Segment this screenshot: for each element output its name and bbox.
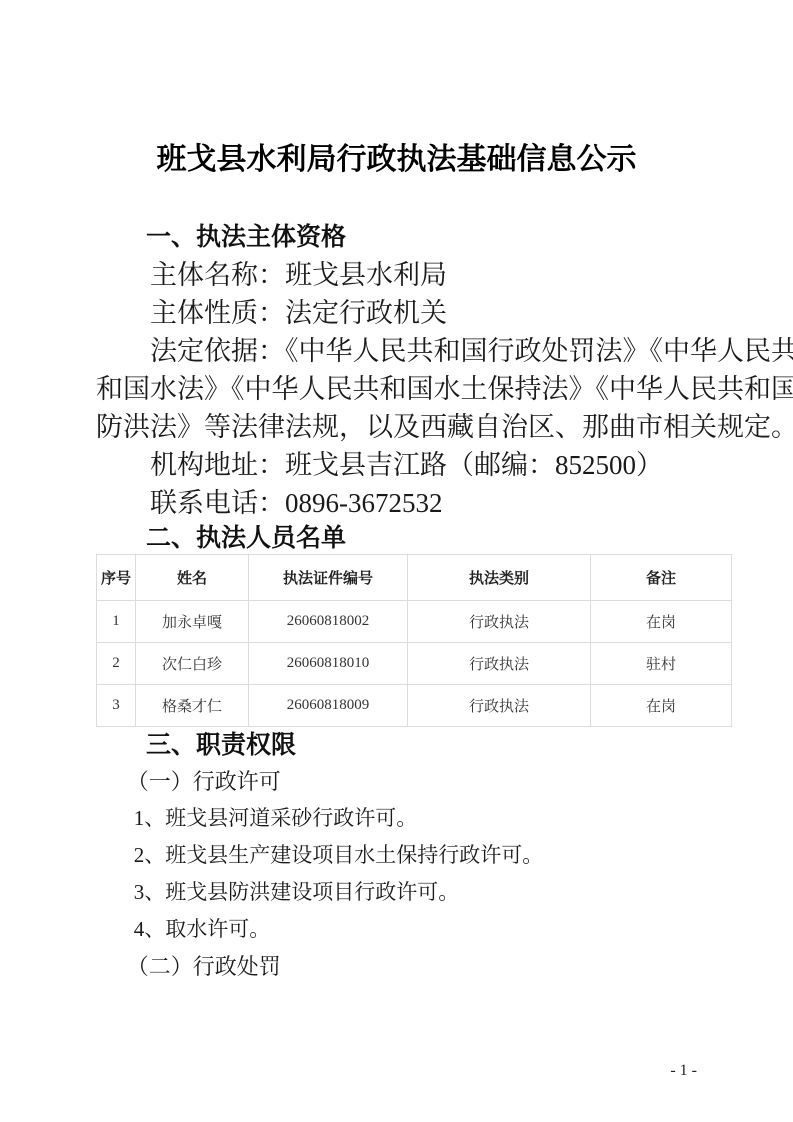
cell-remark: 在岗 [591, 685, 732, 727]
table-row: 2 次仁白珍 26060818010 行政执法 驻村 [97, 643, 732, 685]
cell-enforcement-type: 行政执法 [408, 601, 591, 643]
page-number: - 1 - [670, 1060, 697, 1082]
cell-enforcement-type: 行政执法 [408, 685, 591, 727]
cell-remark: 在岗 [591, 601, 732, 643]
list-item: 1、班戈县河道采砂行政许可。 [96, 800, 697, 837]
cell-name: 格桑才仁 [136, 685, 249, 727]
paragraph-subject-nature: 主体性质：法定行政机关 [96, 294, 697, 332]
column-header-name: 姓名 [136, 555, 249, 601]
subsection-administrative-license-heading: （一）行政许可 [96, 763, 697, 800]
cell-name: 次仁白珍 [136, 643, 249, 685]
paragraph-legal-basis-line2: 和国水法》《中华人民共和国水土保持法》《中华人民共和国 [96, 370, 697, 408]
cell-name: 加永卓嘎 [136, 601, 249, 643]
column-header-index: 序号 [97, 555, 136, 601]
section3-heading: 三、职责权限 [96, 727, 697, 763]
column-header-enforcement-type: 执法类别 [408, 555, 591, 601]
subsection-administrative-penalty-heading: （二）行政处罚 [96, 948, 697, 985]
column-header-remark: 备注 [591, 555, 732, 601]
document-page: 班戈县水利局行政执法基础信息公示 一、执法主体资格 主体名称：班戈县水利局 主体… [0, 0, 793, 1122]
paragraph-address: 机构地址：班戈县吉江路（邮编：852500） [96, 446, 697, 484]
cell-enforcement-type: 行政执法 [408, 643, 591, 685]
page-title: 班戈县水利局行政执法基础信息公示 [96, 139, 697, 181]
table-row: 1 加永卓嘎 26060818002 行政执法 在岗 [97, 601, 732, 643]
cell-certificate-no: 26060818009 [249, 685, 408, 727]
list-item: 3、班戈县防洪建设项目行政许可。 [96, 874, 697, 911]
paragraph-phone: 联系电话：0896-3672532 [96, 484, 697, 522]
section1-heading: 一、执法主体资格 [96, 218, 697, 256]
paragraph-subject-name: 主体名称：班戈县水利局 [96, 256, 697, 294]
cell-index: 2 [97, 643, 136, 685]
document-content: 班戈县水利局行政执法基础信息公示 一、执法主体资格 主体名称：班戈县水利局 主体… [0, 0, 793, 985]
staff-table: 序号 姓名 执法证件编号 执法类别 备注 1 加永卓嘎 26060818002 … [96, 554, 732, 727]
table-row: 3 格桑才仁 26060818009 行政执法 在岗 [97, 685, 732, 727]
list-item: 4、取水许可。 [96, 911, 697, 948]
paragraph-legal-basis-line3: 防洪法》等法律法规，以及西藏自治区、那曲市相关规定。 [96, 408, 697, 446]
column-header-certificate-no: 执法证件编号 [249, 555, 408, 601]
cell-index: 1 [97, 601, 136, 643]
cell-index: 3 [97, 685, 136, 727]
cell-certificate-no: 26060818010 [249, 643, 408, 685]
paragraph-legal-basis-line1: 法定依据：《中华人民共和国行政处罚法》《中华人民共 [96, 332, 697, 370]
section2-heading: 二、执法人员名单 [96, 522, 697, 554]
list-item: 2、班戈县生产建设项目水土保持行政许可。 [96, 837, 697, 874]
cell-certificate-no: 26060818002 [249, 601, 408, 643]
staff-table-header-row: 序号 姓名 执法证件编号 执法类别 备注 [97, 555, 732, 601]
cell-remark: 驻村 [591, 643, 732, 685]
